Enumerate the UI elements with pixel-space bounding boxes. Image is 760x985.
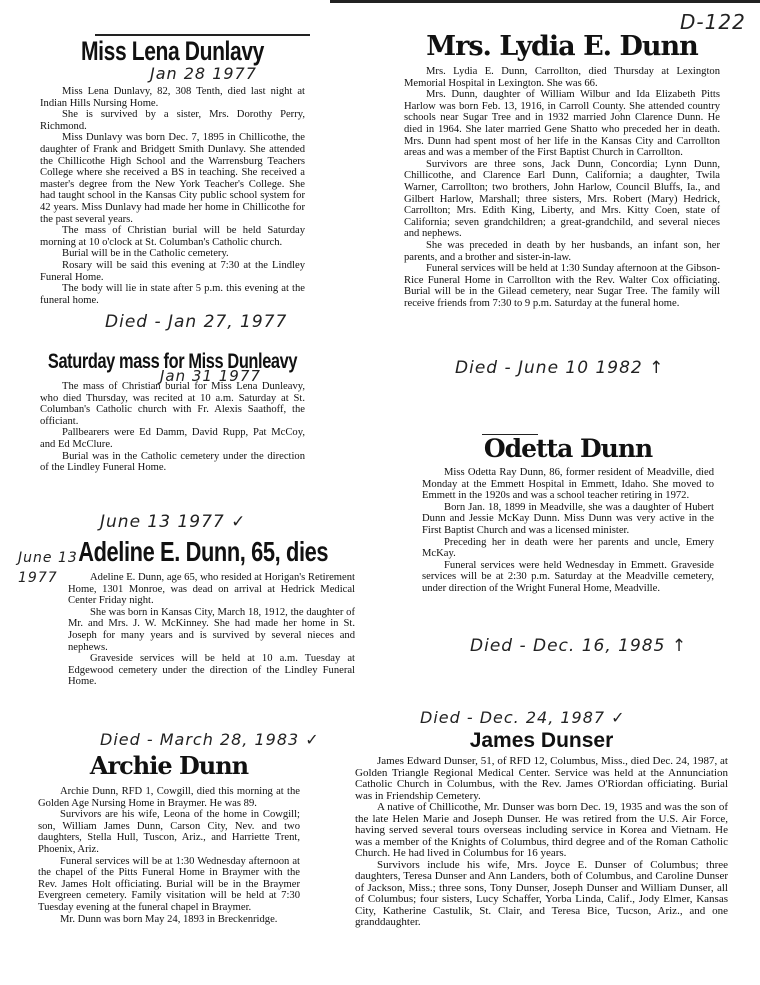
headline: James Dunser bbox=[355, 729, 728, 753]
clipping-lena-dunlavy: Miss Lena Dunlavy Jan 28 1977 Miss Lena … bbox=[40, 36, 305, 306]
clipping-james-dunser: James Dunser James Edward Dunser, 51, of… bbox=[355, 729, 728, 929]
paragraph: The mass of Christian burial for Miss Le… bbox=[40, 381, 305, 427]
paragraph: Burial was in the Catholic cemetery unde… bbox=[40, 451, 305, 474]
article-body: Miss Lena Dunlavy, 82, 308 Tenth, died l… bbox=[40, 86, 305, 306]
article-body: Mrs. Lydia E. Dunn, Carrollton, died Thu… bbox=[404, 66, 720, 309]
article-body: James Edward Dunser, 51, of RFD 12, Colu… bbox=[355, 756, 728, 929]
headline: Miss Lena Dunlavy bbox=[54, 36, 292, 66]
article-body: The mass of Christian burial for Miss Le… bbox=[40, 381, 305, 474]
handwritten-date: Jan 28 1977 bbox=[150, 64, 257, 83]
paragraph: Born Jan. 18, 1899 in Meadville, she was… bbox=[422, 502, 714, 537]
paragraph: She is survived by a sister, Mrs. Doroth… bbox=[40, 109, 305, 132]
paragraph: Archie Dunn, RFD 1, Cowgill, died this m… bbox=[38, 786, 300, 809]
top-rule-right bbox=[330, 0, 760, 3]
headline: Archie Dunn bbox=[38, 752, 300, 780]
clipping-archie-dunn: Archie Dunn Archie Dunn, RFD 1, Cowgill,… bbox=[38, 752, 300, 925]
article-body: Miss Odetta Ray Dunn, 86, former residen… bbox=[422, 467, 714, 595]
paragraph: A native of Chillicothe, Mr. Dunser was … bbox=[355, 802, 728, 860]
paragraph: Graveside services will be held at 10 a.… bbox=[68, 653, 355, 688]
headline: Odetta Dunn bbox=[422, 434, 714, 464]
paragraph: Burial will be in the Catholic cemetery. bbox=[40, 248, 305, 260]
headline: Mrs. Lydia E. Dunn bbox=[404, 30, 720, 64]
article-body: Adeline E. Dunn, age 65, who resided at … bbox=[68, 572, 355, 688]
paragraph: Mrs. Lydia E. Dunn, Carrollton, died Thu… bbox=[404, 66, 720, 89]
clipping-saturday-mass: Saturday mass for Miss Dunleavy Jan 31 1… bbox=[40, 350, 305, 474]
paragraph: Miss Dunlavy was born Dec. 7, 1895 in Ch… bbox=[40, 132, 305, 225]
paragraph: The body will lie in state after 5 p.m. … bbox=[40, 283, 305, 306]
clipping-lydia-dunn: Mrs. Lydia E. Dunn Mrs. Lydia E. Dunn, C… bbox=[404, 30, 720, 309]
paragraph: Survivors are three sons, Jack Dunn, Con… bbox=[404, 159, 720, 240]
handwritten-top-note: June 13 1977 ✓ bbox=[100, 512, 246, 532]
handwritten-date: Jan 31 1977 bbox=[160, 367, 261, 385]
paragraph: Survivors are his wife, Leona of the hom… bbox=[38, 809, 300, 855]
paragraph: Preceding her in death were her parents … bbox=[422, 537, 714, 560]
article-body: Archie Dunn, RFD 1, Cowgill, died this m… bbox=[38, 786, 300, 925]
paragraph: She was preceded in death by her husband… bbox=[404, 240, 720, 263]
handwritten-died-note: Died - Dec. 16, 1985 ↑ bbox=[470, 636, 687, 656]
paragraph: Mr. Dunn was born May 24, 1893 in Brecke… bbox=[38, 914, 300, 926]
paragraph: Funeral services were held Wednesday in … bbox=[422, 560, 714, 595]
handwritten-died-note: Died - June 10 1982 ↑ bbox=[455, 358, 664, 378]
paragraph: The mass of Christian burial will be hel… bbox=[40, 225, 305, 248]
handwritten-top-note: Died - Dec. 24, 1987 ✓ bbox=[420, 708, 626, 727]
paragraph: Rosary will be said this evening at 7:30… bbox=[40, 260, 305, 283]
paragraph: She was born in Kansas City, March 18, 1… bbox=[68, 607, 355, 653]
handwritten-died-note: Died - Jan 27, 1977 bbox=[105, 312, 287, 332]
handwritten-top-note: Died - March 28, 1983 ✓ bbox=[100, 730, 320, 749]
headline: Adeline E. Dunn, 65, dies bbox=[78, 536, 328, 568]
paragraph: Funeral services will be at 1:30 Wednesd… bbox=[38, 856, 300, 914]
paragraph: Miss Odetta Ray Dunn, 86, former residen… bbox=[422, 467, 714, 502]
paragraph: Pallbearers were Ed Damm, David Rupp, Pa… bbox=[40, 427, 305, 450]
paragraph: Miss Lena Dunlavy, 82, 308 Tenth, died l… bbox=[40, 86, 305, 109]
clipping-odetta-dunn: Odetta Dunn Miss Odetta Ray Dunn, 86, fo… bbox=[422, 434, 714, 595]
clipping-adeline-dunn: Adeline E. Dunn, 65, dies Adeline E. Dun… bbox=[68, 536, 355, 688]
paragraph: Survivors include his wife, Mrs. Joyce E… bbox=[355, 860, 728, 929]
paragraph: Funeral services will be held at 1:30 Su… bbox=[404, 263, 720, 309]
paragraph: James Edward Dunser, 51, of RFD 12, Colu… bbox=[355, 756, 728, 802]
paragraph: Adeline E. Dunn, age 65, who resided at … bbox=[68, 572, 355, 607]
paragraph: Mrs. Dunn, daughter of William Wilbur an… bbox=[404, 89, 720, 159]
